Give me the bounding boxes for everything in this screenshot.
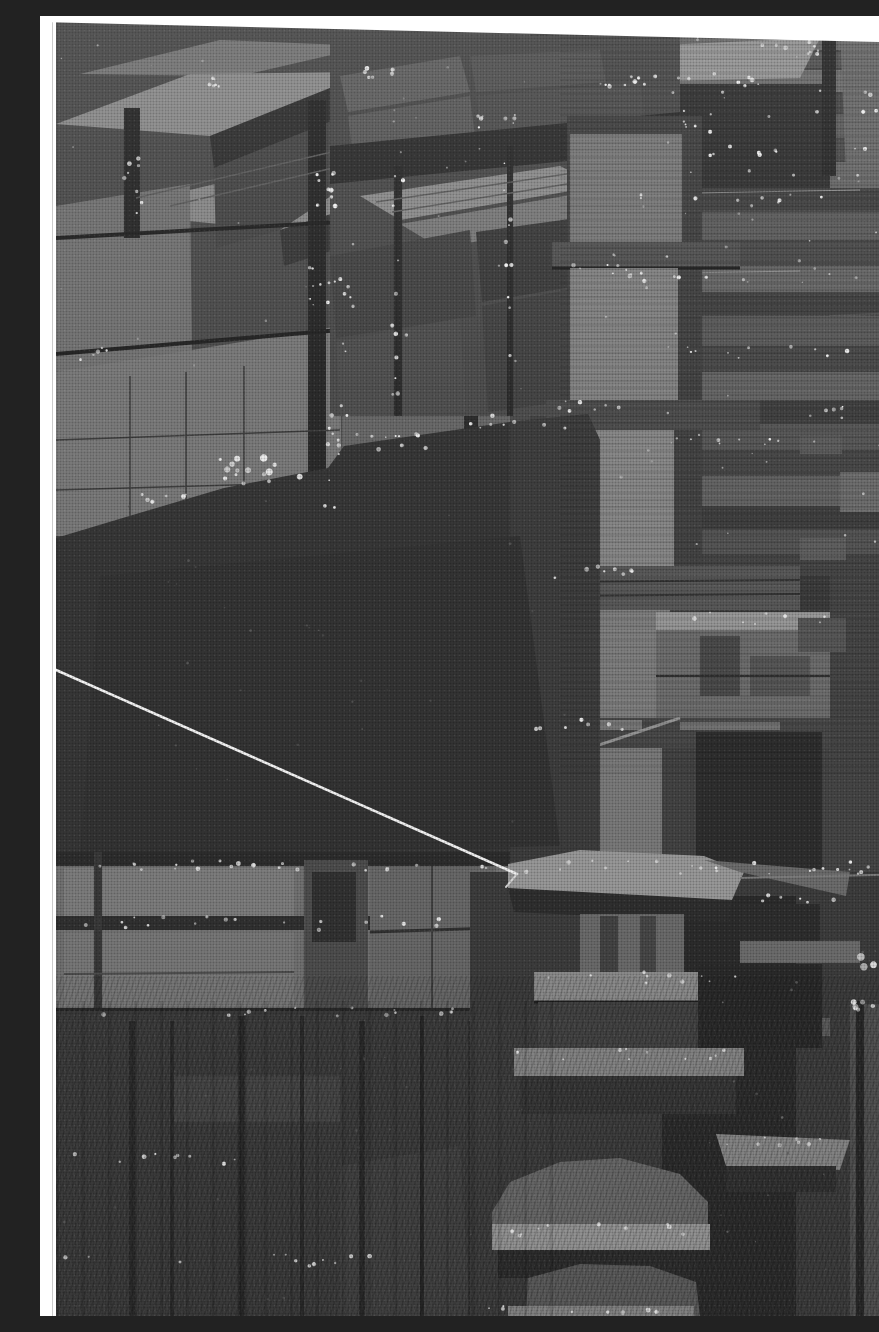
page-margin-left [40,16,56,1316]
manga-artwork-page [40,16,879,1316]
slab-building-bottom-left [56,852,510,1018]
artwork-svg [40,16,879,1316]
platform-tower-bottom-right [470,850,879,1316]
margin-hairline [52,22,53,1316]
